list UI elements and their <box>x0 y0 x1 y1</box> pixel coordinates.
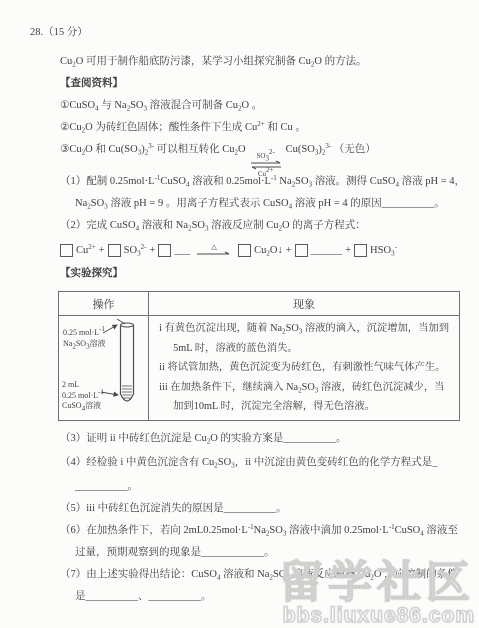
phenomenon-line-2: 5mL 时，溶液的蓝色消失。 <box>173 339 449 359</box>
question-points: （15 分） <box>43 27 88 38</box>
question-28: 28.（15 分） Cu2O 可用于制作船底防污漆，某学习小组探究制备 Cu2O… <box>0 0 479 608</box>
exam-page: 28.（15 分） Cu2O 可用于制作船底防污漆，某学习小组探究制备 Cu2O… <box>0 0 479 628</box>
coefficient-box-6 <box>354 244 367 257</box>
coefficient-box-5 <box>295 244 308 257</box>
experiment-table: 操作 现象 <box>58 291 460 421</box>
reagent-label-top: 0.25 mol·L-1 Na2SO3溶液 <box>63 328 106 349</box>
q5-line: （5）iii 中砖红色沉淀消失的原因是__________。 <box>60 498 479 520</box>
phenomenon-line-1: i 有黄色沉淀出现，随着 Na2SO3 溶液的滴入，沉淀增加，当加到 <box>159 319 449 339</box>
explore-section-title: 【实验探究】 <box>60 263 479 285</box>
operation-column-header: 操作 <box>59 292 149 316</box>
phenomenon-line-4: iii 在加热条件下，继续滴入 Na2SO3 溶液，砖红色沉淀减少，当 <box>159 378 449 398</box>
table-body-row: 0.25 mol·L-1 Na2SO3溶液 2 mL 0.25 mol·L-1 … <box>59 316 460 421</box>
reagent-label-bottom-line3: CuSO4溶液 <box>62 401 104 412</box>
q4-line2: __________。 <box>75 476 479 498</box>
research-item-1: ①CuSO4 与 Na2SO3 溶液混合可制备 Cu2O 。 <box>60 95 479 117</box>
phenomenon-cell: i 有黄色沉淀出现，随着 Na2SO3 溶液的滴入，沉淀增加，当加到 5mL 时… <box>149 316 460 421</box>
plus-sign-4: + <box>345 245 351 256</box>
equation-blank-2: ______ <box>311 245 343 256</box>
heating-arrow: △ <box>197 243 231 257</box>
reagent-label-top-line1: 0.25 mol·L-1 <box>63 328 106 339</box>
equation-blank-1: ___ <box>174 245 190 256</box>
watermark-site-name: 留学社区 <box>279 561 475 605</box>
equation-term-6: HSO3- <box>370 245 397 256</box>
plus-sign-2: + <box>149 245 155 256</box>
plus-sign-3: + <box>286 245 292 256</box>
equation-term-4: Cu2O↓ <box>254 245 283 256</box>
question-intro: Cu2O 可用于制作船底防污漆，某学习小组探究制备 Cu2O 的方法。 <box>60 51 479 73</box>
ionic-equation: Cu2+ + SO32- + ___ △ Cu2O↓ + ______ + HS… <box>60 237 479 263</box>
coefficient-box-3 <box>158 244 171 257</box>
q6-line1: （6）在加热条件下，若向 2mL0.25mol·L-1Na2SO3 溶液中滴加 … <box>60 520 479 542</box>
plus-sign-1: + <box>99 245 105 256</box>
apparatus-diagram: 0.25 mol·L-1 Na2SO3溶液 2 mL 0.25 mol·L-1 … <box>59 316 148 420</box>
watermark: 留学社区 bbs.liuxue86.com <box>279 561 475 626</box>
equation-term-2: SO32- <box>124 245 147 256</box>
delta-symbol: △ <box>211 243 216 251</box>
q3-line: （3）证明 ii 中砖红色沉淀是 Cu2O 的实验方案是__________。 <box>60 428 479 450</box>
coefficient-box-1 <box>60 244 73 257</box>
question-header: 28.（15 分） <box>30 22 479 44</box>
reagent-label-bottom: 2 mL 0.25 mol·L-1 CuSO4溶液 <box>62 380 104 412</box>
q1-line2: Na2SO3 溶液 pH = 9 。用离子方程式表示 CuSO4 溶液 pH =… <box>75 193 479 215</box>
reagent-label-bottom-line2: 0.25 mol·L-1 <box>62 391 104 402</box>
coefficient-box-2 <box>108 244 121 257</box>
phenomenon-line-5: 加到10mL 时，沉淀完全溶解，得无色溶液。 <box>173 397 449 417</box>
research-section-title: 【查阅资料】 <box>60 73 479 95</box>
reagent-label-top-line2: Na2SO3溶液 <box>63 339 106 350</box>
phenomenon-line-3: ii 将试管加热，黄色沉淀变为砖红色，有刺激性气味气体产生。 <box>159 358 449 378</box>
q2-line: （2）完成 CuSO4 溶液和 Na2SO3 溶液反应制 Cu2O 的离子方程式… <box>60 215 479 237</box>
equilibrium-top-label: SO32- <box>256 152 274 160</box>
research-item-3-suffix: Cu(SO3)23- （无色） <box>286 144 376 155</box>
reaction-arrow-icon <box>197 251 231 257</box>
question-number: 28. <box>30 27 43 38</box>
table-header-row: 操作 现象 <box>59 292 460 316</box>
watermark-site-url: bbs.liuxue86.com <box>279 605 475 626</box>
operation-cell: 0.25 mol·L-1 Na2SO3溶液 2 mL 0.25 mol·L-1 … <box>59 316 149 421</box>
research-item-3-prefix: ③Cu2O 和 Cu(SO3)23- 可以相互转化 Cu2O <box>60 144 246 155</box>
coefficient-box-4 <box>238 244 251 257</box>
research-item-2: ②Cu2O 为砖红色固体；酸性条件下生成 Cu2+ 和 Cu 。 <box>60 117 479 139</box>
q1-line1: （1）配制 0.25mol·L-1CuSO4 溶液和 0.25mol·L-1 N… <box>60 171 479 193</box>
phenomenon-column-header: 现象 <box>149 292 460 316</box>
equation-term-1: Cu2+ <box>76 245 96 256</box>
q4-line1: （4）经检验 i 中黄色沉淀含有 Cu2SO3，ii 中沉淀由黄色变砖红色的化学… <box>60 452 479 474</box>
research-item-3: ③Cu2O 和 Cu(SO3)23- 可以相互转化 Cu2OSO32-Cu2+C… <box>60 139 479 167</box>
